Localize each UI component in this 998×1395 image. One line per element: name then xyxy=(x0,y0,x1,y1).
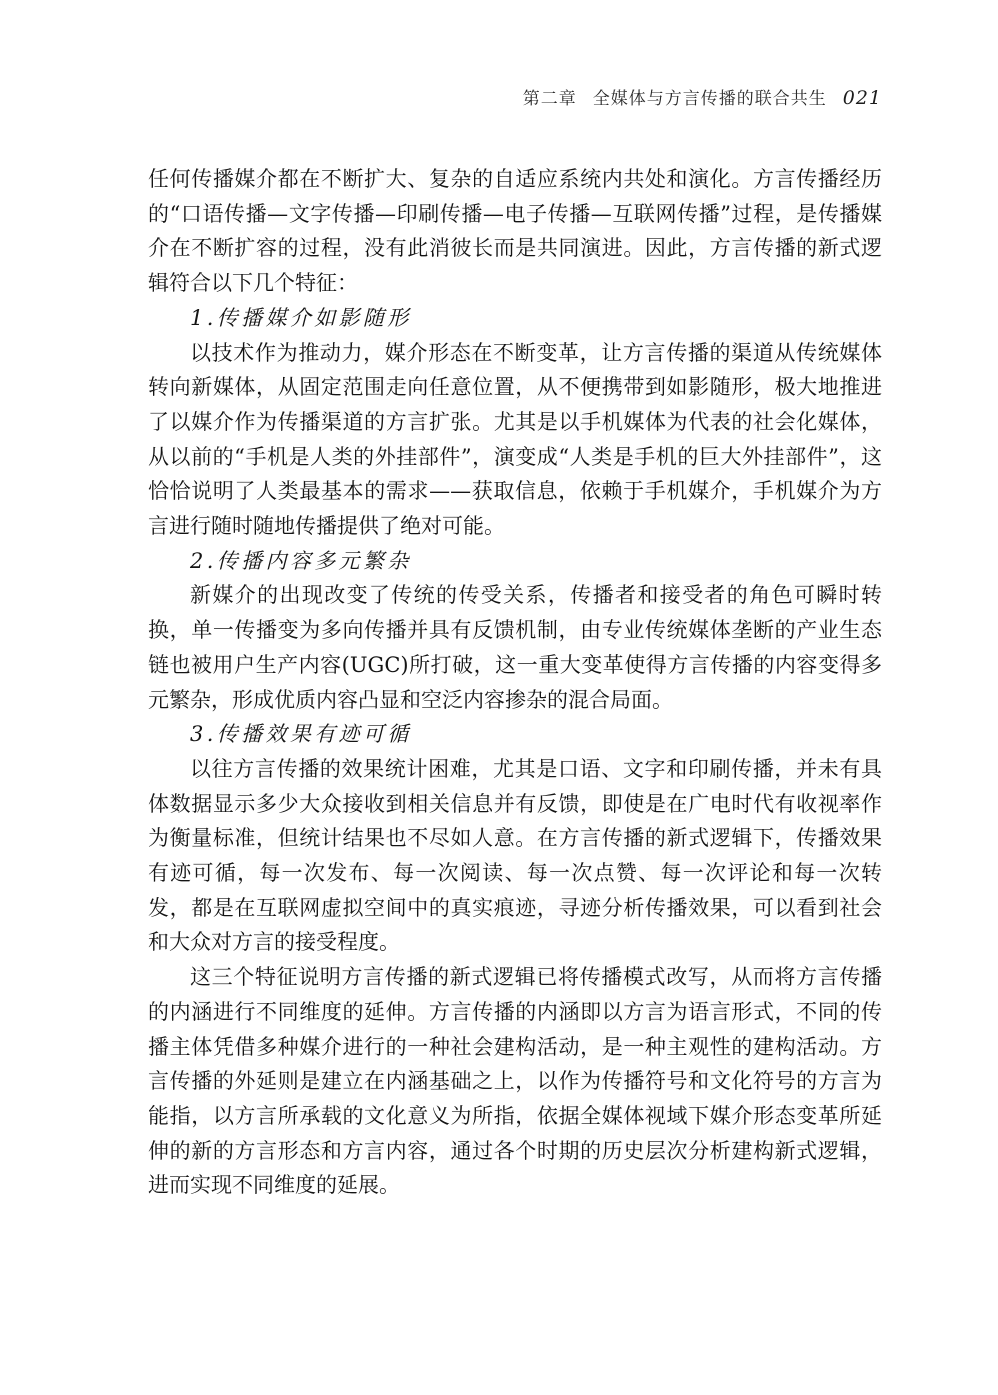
body-paragraph: 以往方言传播的效果统计困难，尤其是口语、文字和印刷传播，并未有具体数据显示多少大… xyxy=(148,752,882,960)
body-paragraph: 以技术作为推动力，媒介形态在不断变革，让方言传播的渠道从传统媒体转向新媒体，从固… xyxy=(148,336,882,544)
page-header: 第二章 全媒体与方言传播的联合共生 021 xyxy=(523,84,882,109)
section-heading: 3.传播效果有迹可循 xyxy=(148,717,882,752)
body-paragraph: 这三个特征说明方言传播的新式逻辑已将传播模式改写，从而将方言传播的内涵进行不同维… xyxy=(148,960,882,1203)
body-text: 任何传播媒介都在不断扩大、复杂的自适应系统内共处和演化。方言传播经历的“口语传播… xyxy=(148,162,882,1203)
section-heading: 2.传播内容多元繁杂 xyxy=(148,544,882,579)
body-paragraph: 新媒介的出现改变了传统的传受关系，传播者和接受者的角色可瞬时转换，单一传播变为多… xyxy=(148,578,882,717)
body-paragraph-continuation: 任何传播媒介都在不断扩大、复杂的自适应系统内共处和演化。方言传播经历的“口语传播… xyxy=(148,162,882,301)
chapter-title: 全媒体与方言传播的联合共生 xyxy=(593,84,827,109)
book-page: 第二章 全媒体与方言传播的联合共生 021 任何传播媒介都在不断扩大、复杂的自适… xyxy=(0,0,998,1395)
section-heading: 1.传播媒介如影随形 xyxy=(148,301,882,336)
chapter-label: 第二章 xyxy=(523,84,577,109)
page-number: 021 xyxy=(843,87,882,109)
